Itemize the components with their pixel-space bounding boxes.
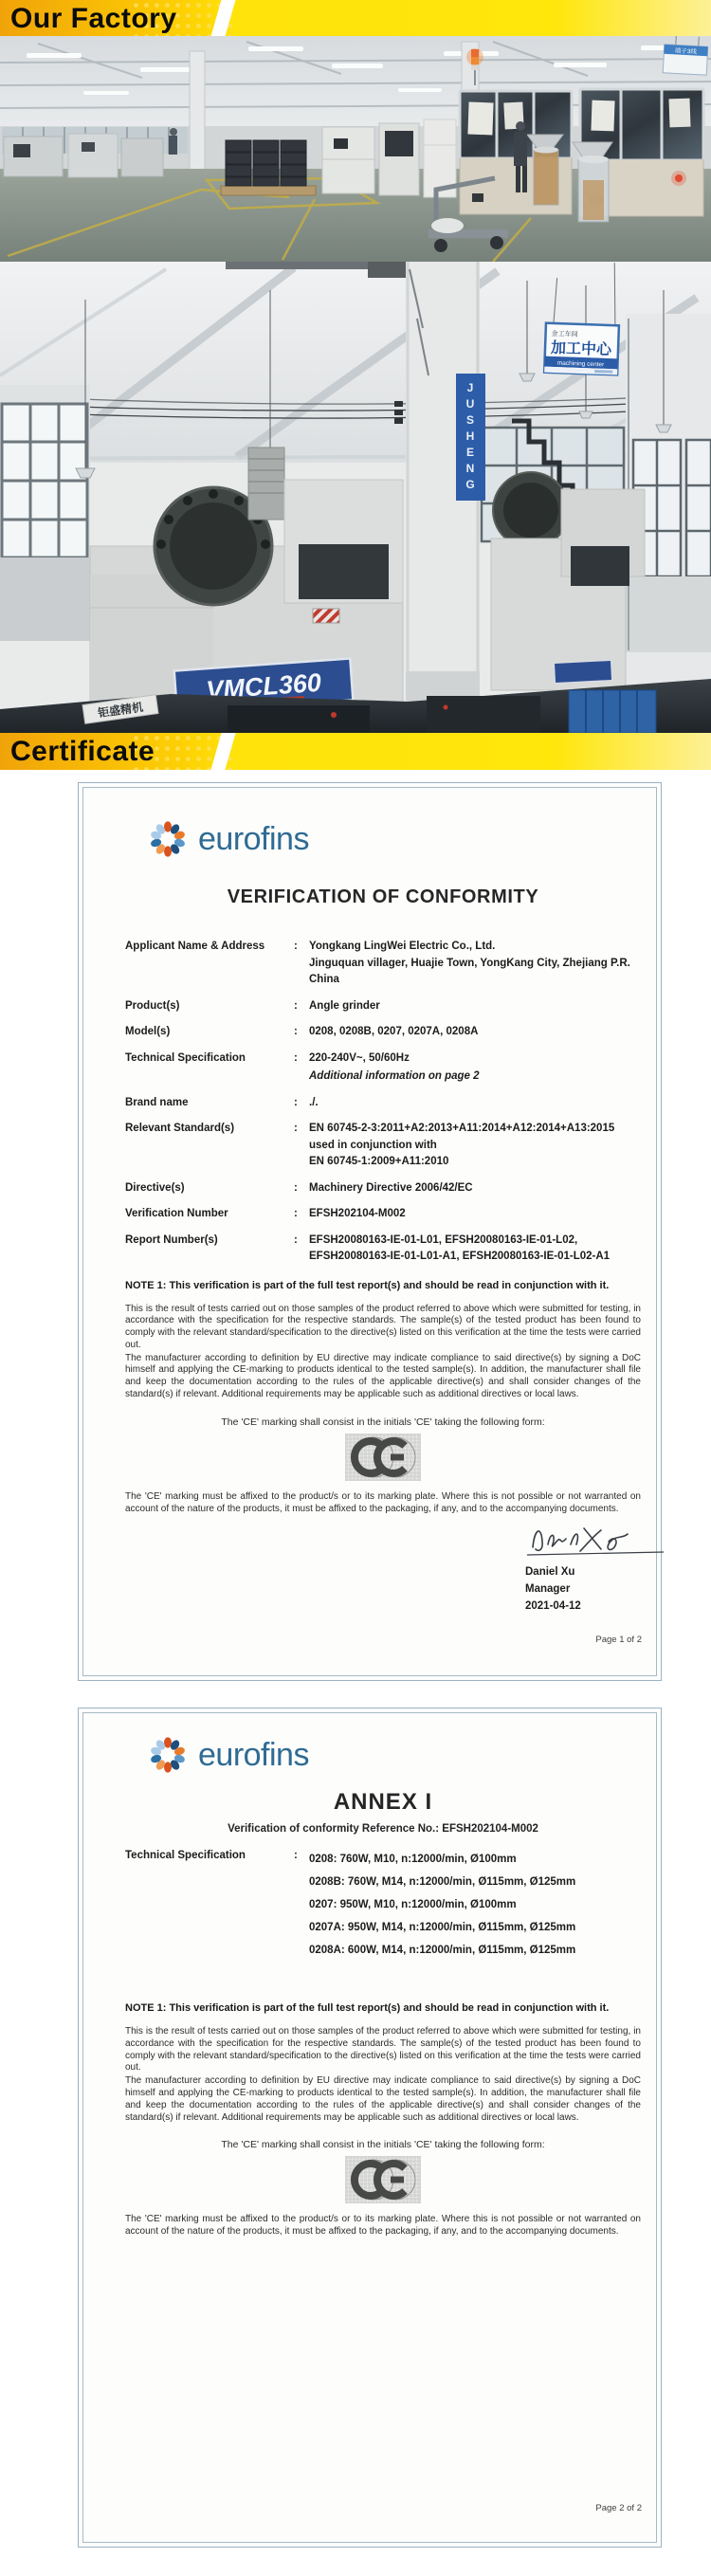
signature-date: 2021-04-12 (525, 1598, 669, 1615)
signer-name: Daniel Xu (525, 1563, 669, 1580)
field-label: Brand name (125, 1095, 294, 1112)
field-colon: : (294, 1848, 309, 1962)
field-note-italic: Additional information on page 2 (309, 1069, 641, 1086)
certificate-fields: Applicant Name & Address : Yongkang Ling… (125, 939, 641, 1266)
field-tech-spec-annex: Technical Specification : 0208: 760W, M1… (125, 1848, 641, 1962)
field-colon: : (294, 1050, 309, 1086)
field-value: Angle grinder (309, 998, 641, 1015)
signer-title: Manager (525, 1580, 669, 1598)
field-report-numbers: Report Number(s) : EFSH20080163-IE-01-L0… (125, 1233, 641, 1266)
field-value: used in conjunction with (309, 1138, 641, 1155)
ce-marking-line: The 'CE' marking shall consist in the in… (125, 2139, 641, 2150)
field-value: ./. (309, 1095, 641, 1112)
operator-silhouette (514, 121, 527, 192)
field-standards: Relevant Standard(s) : EN 60745-2-3:2011… (125, 1121, 641, 1171)
field-value: EN 60745-2-3:2011+A2:2013+A11:2014+A12:2… (309, 1121, 641, 1138)
certificate-header-label: Certificate (10, 733, 155, 770)
tech-spec-line: 0208: 760W, M10, n:12000/min, Ø100mm (309, 1848, 641, 1871)
certificate-section-header: Certificate (0, 733, 711, 770)
note1-text: NOTE 1: This verification is part of the… (125, 2001, 641, 2015)
tech-spec-line: 0207: 950W, M10, n:12000/min, Ø100mm (309, 1893, 641, 1916)
field-colon: : (294, 1206, 309, 1223)
field-label: Report Number(s) (125, 1233, 294, 1266)
eurofins-wordmark: eurofins (198, 1737, 309, 1774)
field-label: Technical Specification (125, 1848, 294, 1962)
column-banner-text: JUSHENG (464, 381, 477, 494)
annex-subtitle: Verification of conformity Reference No.… (125, 1823, 641, 1835)
tech-spec-line: 0207A: 950W, M14, n:12000/min, Ø115mm, Ø… (309, 1916, 641, 1939)
field-label: Technical Specification (125, 1050, 294, 1086)
page-number: Page 1 of 2 (595, 1635, 642, 1645)
field-verification-number: Verification Number : EFSH202104-M002 (125, 1206, 641, 1223)
field-value: EFSH20080163-IE-01-L01-A1, EFSH20080163-… (309, 1249, 641, 1266)
ce-mark-icon (345, 1434, 421, 1481)
field-value: China (309, 972, 641, 989)
eurofins-flower-icon (146, 816, 190, 862)
worker-silhouette (169, 128, 177, 155)
annex-title: ANNEX I (125, 1789, 641, 1816)
field-value: EN 60745-1:2009+A11:2010 (309, 1154, 641, 1171)
field-directives: Directive(s) : Machinery Directive 2006/… (125, 1180, 641, 1197)
control-cabinets (322, 119, 456, 197)
certificate-page-1: eurofins VERIFICATION OF CONFORMITY Appl… (78, 782, 662, 1681)
warning-stripes-icon (313, 609, 339, 623)
certificate-page-2-annex: eurofins ANNEX I Verification of conform… (78, 1708, 662, 2548)
page-number: Page 2 of 2 (595, 2503, 642, 2513)
signature-script-icon (525, 1521, 667, 1559)
field-models: Model(s) : 0208, 0208B, 0207, 0207A, 020… (125, 1024, 641, 1041)
field-tech-spec: Technical Specification : 220-240V~, 50/… (125, 1050, 641, 1086)
field-colon: : (294, 1121, 309, 1171)
certificate-inner-border: eurofins VERIFICATION OF CONFORMITY Appl… (82, 787, 657, 1676)
field-value: 220-240V~, 50/60Hz (309, 1050, 641, 1068)
field-label: Model(s) (125, 1024, 294, 1041)
field-value: EFSH202104-M002 (309, 1206, 641, 1223)
factory-photo-assembly-hall: 端子3线 (0, 36, 711, 262)
field-colon: : (294, 1233, 309, 1266)
note1-text: NOTE 1: This verification is part of the… (125, 1279, 641, 1292)
field-label: Directive(s) (125, 1180, 294, 1197)
field-colon: : (294, 1180, 309, 1197)
eurofins-logo: eurofins (146, 816, 641, 862)
structural-column: JUSHENG (406, 262, 485, 733)
field-colon: : (294, 998, 309, 1015)
cnc-machine-second (491, 472, 645, 690)
tech-spec-line: 0208A: 600W, M14, n:12000/min, Ø115mm, Ø… (309, 1939, 641, 1962)
field-value: Yongkang LingWei Electric Co., Ltd. (309, 939, 641, 956)
factory-header-label: Our Factory (10, 0, 177, 36)
field-label: Relevant Standard(s) (125, 1121, 294, 1171)
sign-main-text: 加工中心 (551, 339, 613, 358)
column (190, 51, 205, 171)
paragraph-manufacturer: The manufacturer according to definition… (125, 2075, 641, 2124)
signature-block: Daniel Xu Manager 2021-04-12 (525, 1521, 669, 1615)
field-value: 0208, 0208B, 0207, 0207A, 0208A (309, 1024, 641, 1041)
ce-marking-line: The 'CE' marking shall consist in the in… (125, 1416, 641, 1428)
field-colon: : (294, 939, 309, 989)
paragraph-manufacturer: The manufacturer according to definition… (125, 1353, 641, 1401)
field-colon: : (294, 1095, 309, 1112)
eurofins-wordmark: eurofins (198, 821, 309, 858)
field-products: Product(s) : Angle grinder (125, 998, 641, 1015)
machine-window (299, 544, 389, 599)
field-label: Product(s) (125, 998, 294, 1015)
field-value: Machinery Directive 2006/42/EC (309, 1180, 641, 1197)
field-colon: : (294, 1024, 309, 1041)
far-machines (4, 134, 163, 177)
paragraph-affix: The 'CE' marking must be affixed to the … (125, 2214, 641, 2238)
blue-bin (569, 690, 656, 733)
factory-section-header: Our Factory (0, 0, 711, 36)
factory-photo-machining-center: VMCL360 JUSHENG 金工车间 (0, 262, 711, 733)
tech-spec-line: 0208B: 760W, M14, n:12000/min, Ø115mm, Ø… (309, 1871, 641, 1893)
certificate-inner-border: eurofins ANNEX I Verification of conform… (82, 1712, 657, 2543)
field-label: Applicant Name & Address (125, 939, 294, 989)
paragraph-test-result: This is the result of tests carried out … (125, 1304, 641, 1352)
eurofins-logo: eurofins (146, 1732, 641, 1778)
field-label: Verification Number (125, 1206, 294, 1223)
certificate-title: VERIFICATION OF CONFORMITY (125, 886, 641, 908)
left-wall-windows (0, 385, 90, 641)
field-brand-name: Brand name : ./. (125, 1095, 641, 1112)
field-value: EFSH20080163-IE-01-L01, EFSH20080163-IE-… (309, 1233, 641, 1250)
product-page-section: Our Factory (0, 0, 711, 2576)
field-value: Jinguquan villager, Huajie Town, YongKan… (309, 956, 641, 973)
paragraph-test-result: This is the result of tests carried out … (125, 2026, 641, 2074)
ce-mark-icon (345, 2156, 421, 2203)
field-applicant: Applicant Name & Address : Yongkang Ling… (125, 939, 641, 989)
eurofins-flower-icon (146, 1732, 190, 1778)
pallet-stacks (221, 140, 316, 195)
paragraph-affix: The 'CE' marking must be affixed to the … (125, 1491, 641, 1516)
